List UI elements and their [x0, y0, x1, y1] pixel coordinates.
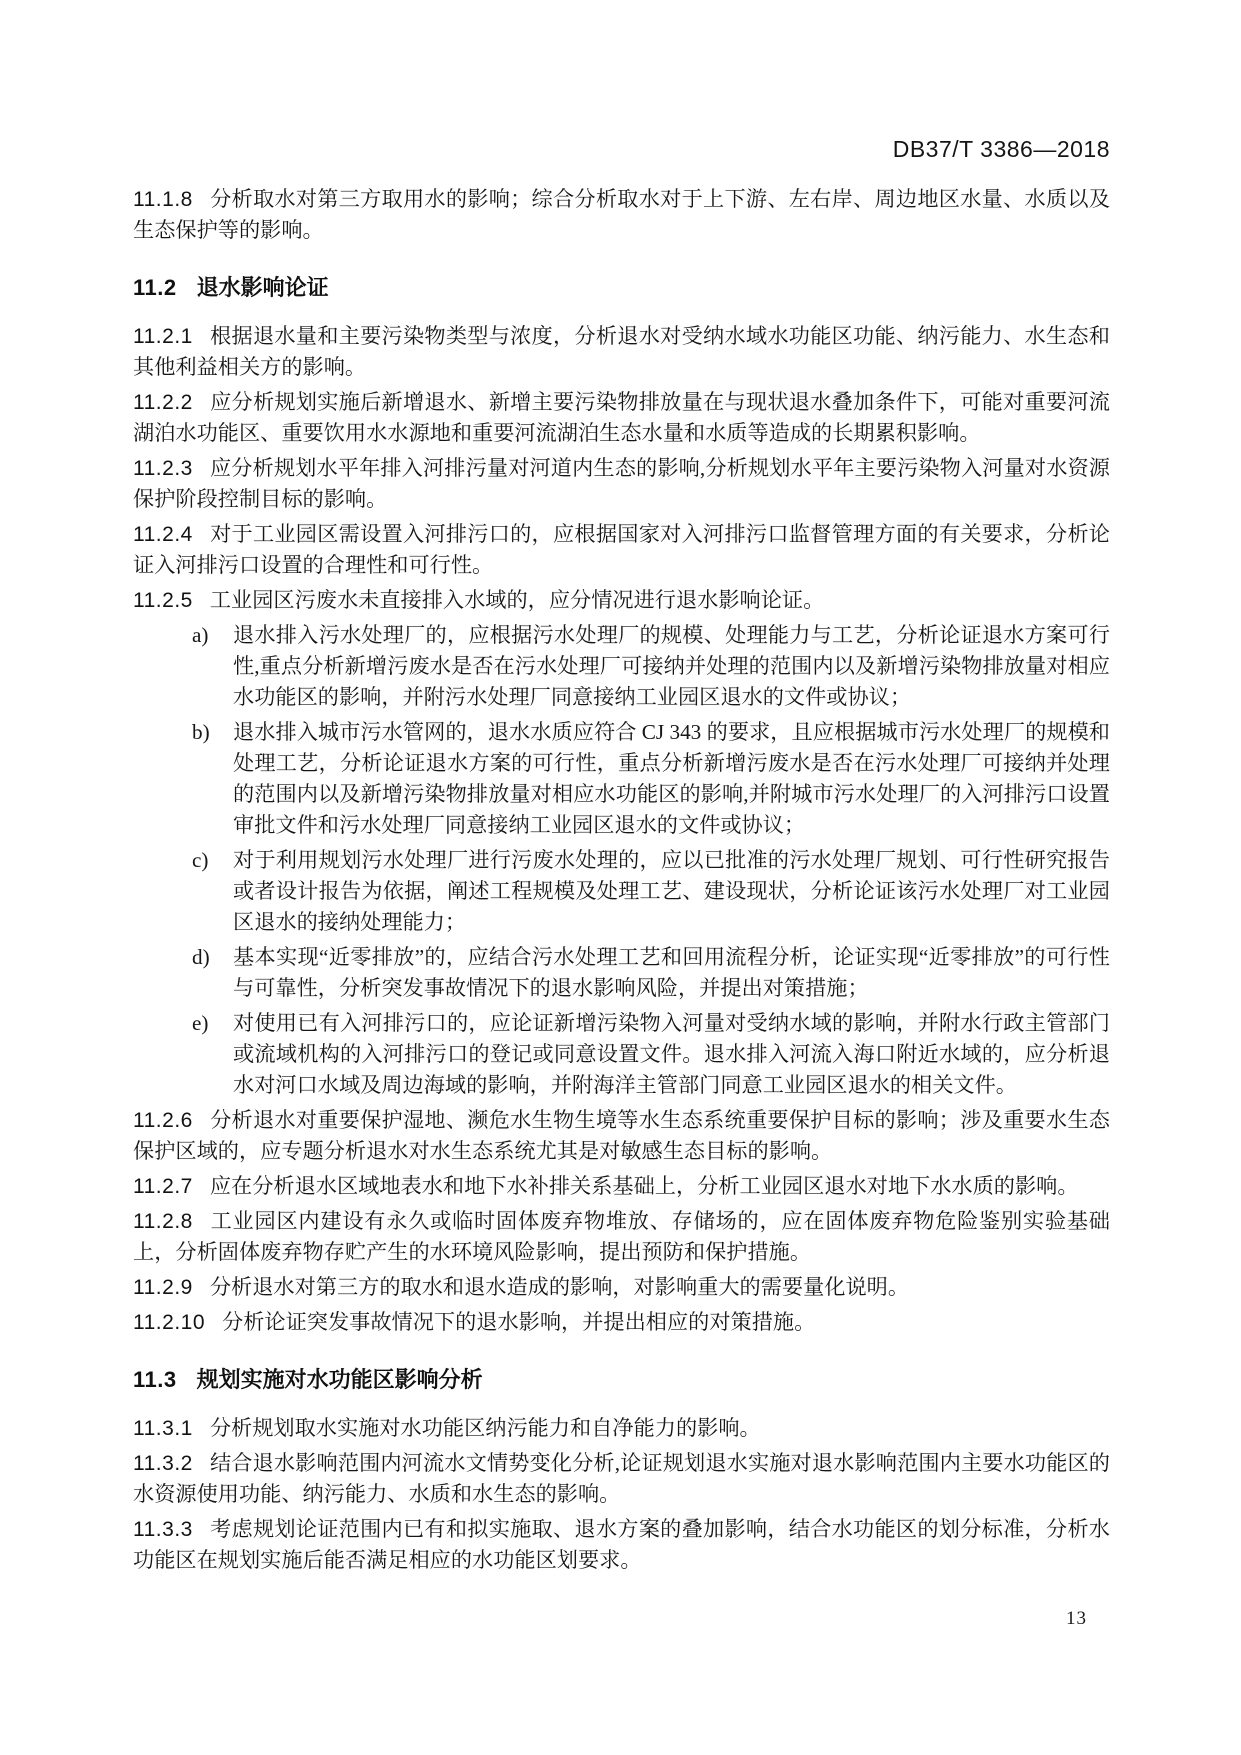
list-marker: a) [192, 620, 208, 651]
clause-11-3-2: 11.3.2结合退水影响范围内河流水文情势变化分析,论证规划退水实施对退水影响范… [133, 1448, 1110, 1510]
clause-11-3-3: 11.3.3考虑规划论证范围内已有和拟实施取、退水方案的叠加影响，结合水功能区的… [133, 1514, 1110, 1576]
clause-11-2-10: 11.2.10分析论证突发事故情况下的退水影响，并提出相应的对策措施。 [133, 1307, 1110, 1338]
clause-text: 根据退水量和主要污染物类型与浓度，分析退水对受纳水域水功能区功能、纳污能力、水生… [133, 324, 1110, 379]
list-marker: c) [192, 845, 208, 876]
clause-11-2-8: 11.2.8工业园区内建设有永久或临时固体废弃物堆放、存储场的，应在固体废弃物危… [133, 1206, 1110, 1268]
clause-11-2-7: 11.2.7应在分析退水区域地表水和地下水补排关系基础上，分析工业园区退水对地下… [133, 1171, 1110, 1202]
clause-number: 11.2.1 [133, 325, 193, 348]
clause-number: 11.2.2 [133, 391, 193, 414]
heading-text: 规划实施对水功能区影响分析 [197, 1367, 483, 1392]
clause-text: 考虑规划论证范围内已有和拟实施取、退水方案的叠加影响，结合水功能区的划分标准，分… [133, 1517, 1110, 1572]
clause-text: 退水排入城市污水管网的，退水水质应符合 CJ 343 的要求，且应根据城市污水处… [233, 720, 1110, 837]
clause-number: 11.3.2 [133, 1452, 193, 1475]
section-number: 11.3 [133, 1367, 177, 1392]
clause-11-3-1: 11.3.1分析规划取水实施对水功能区纳污能力和自净能力的影响。 [133, 1413, 1110, 1444]
clause-number: 11.2.4 [133, 523, 193, 546]
list-marker: d) [192, 942, 210, 973]
clause-11-2-4: 11.2.4对于工业园区需设置入河排污口的，应根据国家对入河排污口监督管理方面的… [133, 519, 1110, 581]
list-item-c: c)对于利用规划污水处理厂进行污废水处理的，应以已批准的污水处理厂规划、可行性研… [133, 845, 1110, 938]
section-heading-11-3: 11.3规划实施对水功能区影响分析 [133, 1364, 1110, 1395]
clause-text: 分析论证突发事故情况下的退水影响，并提出相应的对策措施。 [222, 1310, 815, 1334]
clause-number: 11.1.8 [133, 188, 193, 211]
list-item-b: b)退水排入城市污水管网的，退水水质应符合 CJ 343 的要求，且应根据城市污… [133, 717, 1110, 841]
list-item-a: a)退水排入污水处理厂的，应根据污水处理厂的规模、处理能力与工艺，分析论证退水方… [133, 620, 1110, 713]
clause-text: 应分析规划实施后新增退水、新增主要污染物排放量在与现状退水叠加条件下，可能对重要… [133, 390, 1110, 445]
clause-11-2-1: 11.2.1根据退水量和主要污染物类型与浓度，分析退水对受纳水域水功能区功能、纳… [133, 321, 1110, 383]
list-item-e: e)对使用已有入河排污口的，应论证新增污染物入河量对受纳水域的影响，并附水行政主… [133, 1008, 1110, 1101]
clause-text: 对于利用规划污水处理厂进行污废水处理的，应以已批准的污水处理厂规划、可行性研究报… [233, 848, 1110, 934]
clause-11-2-6: 11.2.6分析退水对重要保护湿地、濒危水生物生境等水生态系统重要保护目标的影响… [133, 1105, 1110, 1167]
clause-number: 11.3.1 [133, 1417, 193, 1440]
clause-number: 11.2.9 [133, 1276, 193, 1299]
clause-text: 分析退水对第三方的取水和退水造成的影响，对影响重大的需要量化说明。 [210, 1275, 909, 1299]
clause-11-2-2: 11.2.2应分析规划实施后新增退水、新增主要污染物排放量在与现状退水叠加条件下… [133, 387, 1110, 449]
clause-text: 分析取水对第三方取用水的影响；综合分析取水对于上下游、左右岸、周边地区水量、水质… [133, 187, 1110, 242]
clause-number: 11.2.8 [133, 1210, 193, 1233]
standard-code-header: DB37/T 3386—2018 [893, 136, 1110, 163]
clause-text: 分析退水对重要保护湿地、濒危水生物生境等水生态系统重要保护目标的影响；涉及重要水… [133, 1108, 1110, 1163]
clause-text: 分析规划取水实施对水功能区纳污能力和自净能力的影响。 [210, 1416, 761, 1440]
clause-11-2-9: 11.2.9分析退水对第三方的取水和退水造成的影响，对影响重大的需要量化说明。 [133, 1272, 1110, 1303]
list-marker: b) [192, 717, 210, 748]
clause-text: 应在分析退水区域地表水和地下水补排关系基础上，分析工业园区退水对地下水水质的影响… [210, 1174, 1079, 1198]
clause-text: 工业园区污废水未直接排入水域的，应分情况进行退水影响论证。 [210, 588, 824, 612]
clause-number: 11.2.6 [133, 1109, 193, 1132]
clause-11-2-5: 11.2.5工业园区污废水未直接排入水域的，应分情况进行退水影响论证。 [133, 585, 1110, 616]
list-item-d: d)基本实现“近零排放”的，应结合污水处理工艺和回用流程分析，论证实现“近零排放… [133, 942, 1110, 1004]
clause-text: 对使用已有入河排污口的，应论证新增污染物入河量对受纳水域的影响，并附水行政主管部… [233, 1011, 1110, 1097]
document-page: DB37/T 3386—2018 11.1.8分析取水对第三方取用水的影响；综合… [0, 0, 1241, 1755]
clause-text: 结合退水影响范围内河流水文情势变化分析,论证规划退水实施对退水影响范围内主要水功… [133, 1451, 1110, 1506]
clause-11-1-8: 11.1.8分析取水对第三方取用水的影响；综合分析取水对于上下游、左右岸、周边地… [133, 184, 1110, 246]
clause-text: 基本实现“近零排放”的，应结合污水处理工艺和回用流程分析，论证实现“近零排放”的… [233, 945, 1110, 1000]
clause-text: 对于工业园区需设置入河排污口的，应根据国家对入河排污口监督管理方面的有关要求，分… [133, 522, 1110, 577]
clause-text: 应分析规划水平年排入河排污量对河道内生态的影响,分析规划水平年主要污染物入河量对… [133, 456, 1110, 511]
clause-11-2-3: 11.2.3应分析规划水平年排入河排污量对河道内生态的影响,分析规划水平年主要污… [133, 453, 1110, 515]
heading-text: 退水影响论证 [197, 275, 329, 300]
section-number: 11.2 [133, 275, 177, 300]
clause-text: 工业园区内建设有永久或临时固体废弃物堆放、存储场的，应在固体废弃物危险鉴别实验基… [133, 1209, 1110, 1264]
section-heading-11-2: 11.2退水影响论证 [133, 272, 1110, 303]
page-number: 13 [1066, 1608, 1087, 1630]
clause-text: 退水排入污水处理厂的，应根据污水处理厂的规模、处理能力与工艺，分析论证退水方案可… [233, 623, 1110, 709]
clause-number: 11.2.10 [133, 1311, 205, 1334]
clause-number: 11.2.5 [133, 589, 193, 612]
clause-number: 11.3.3 [133, 1518, 193, 1541]
list-marker: e) [192, 1008, 208, 1039]
document-content: 11.1.8分析取水对第三方取用水的影响；综合分析取水对于上下游、左右岸、周边地… [133, 184, 1110, 1580]
clause-number: 11.2.7 [133, 1175, 193, 1198]
clause-number: 11.2.3 [133, 457, 193, 480]
